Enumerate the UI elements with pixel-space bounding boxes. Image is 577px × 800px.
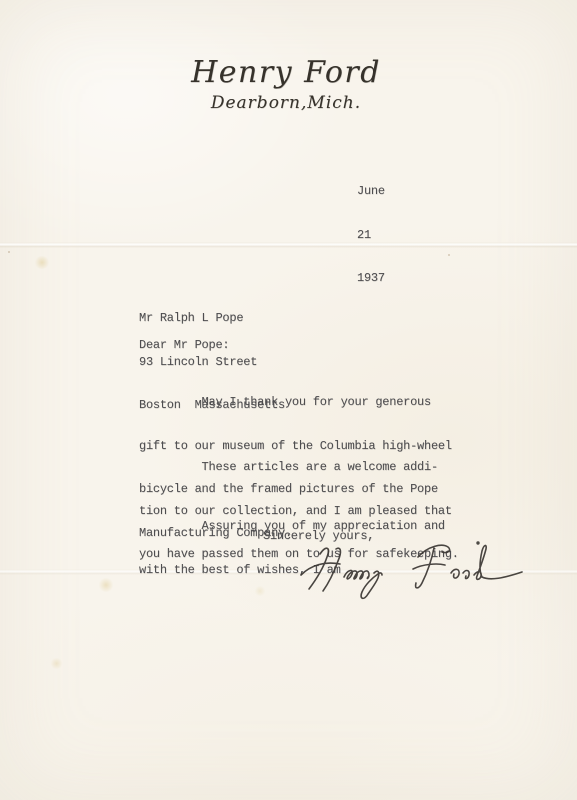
- salutation: Dear Mr Pope:: [139, 338, 229, 353]
- body-line: May I thank you for your generous: [139, 395, 452, 410]
- date-line: June: [357, 184, 385, 199]
- paper-speck: [448, 254, 450, 256]
- letterhead-name: Henry Ford: [86, 56, 486, 90]
- body-line: These articles are a welcome addi-: [139, 460, 459, 475]
- fold-crease-top: [0, 242, 577, 248]
- letterhead-location: Dearborn,Mich.: [86, 93, 486, 113]
- signature-ink: [298, 538, 528, 610]
- date-line: 21: [357, 228, 385, 243]
- letter-page: Henry Ford Dearborn,Mich. June 21 1937 M…: [0, 0, 577, 800]
- henry-ford-signature: [298, 538, 528, 610]
- date-line: 1937: [357, 271, 385, 286]
- foxing-stain: [34, 256, 50, 269]
- foxing-stain: [50, 658, 63, 669]
- letterhead: Henry Ford Dearborn,Mich.: [86, 56, 486, 113]
- foxing-stain: [98, 578, 114, 592]
- date-block: June 21 1937: [357, 155, 385, 315]
- paper-speck: [8, 251, 10, 253]
- recipient-name: Mr Ralph L Pope: [139, 311, 285, 326]
